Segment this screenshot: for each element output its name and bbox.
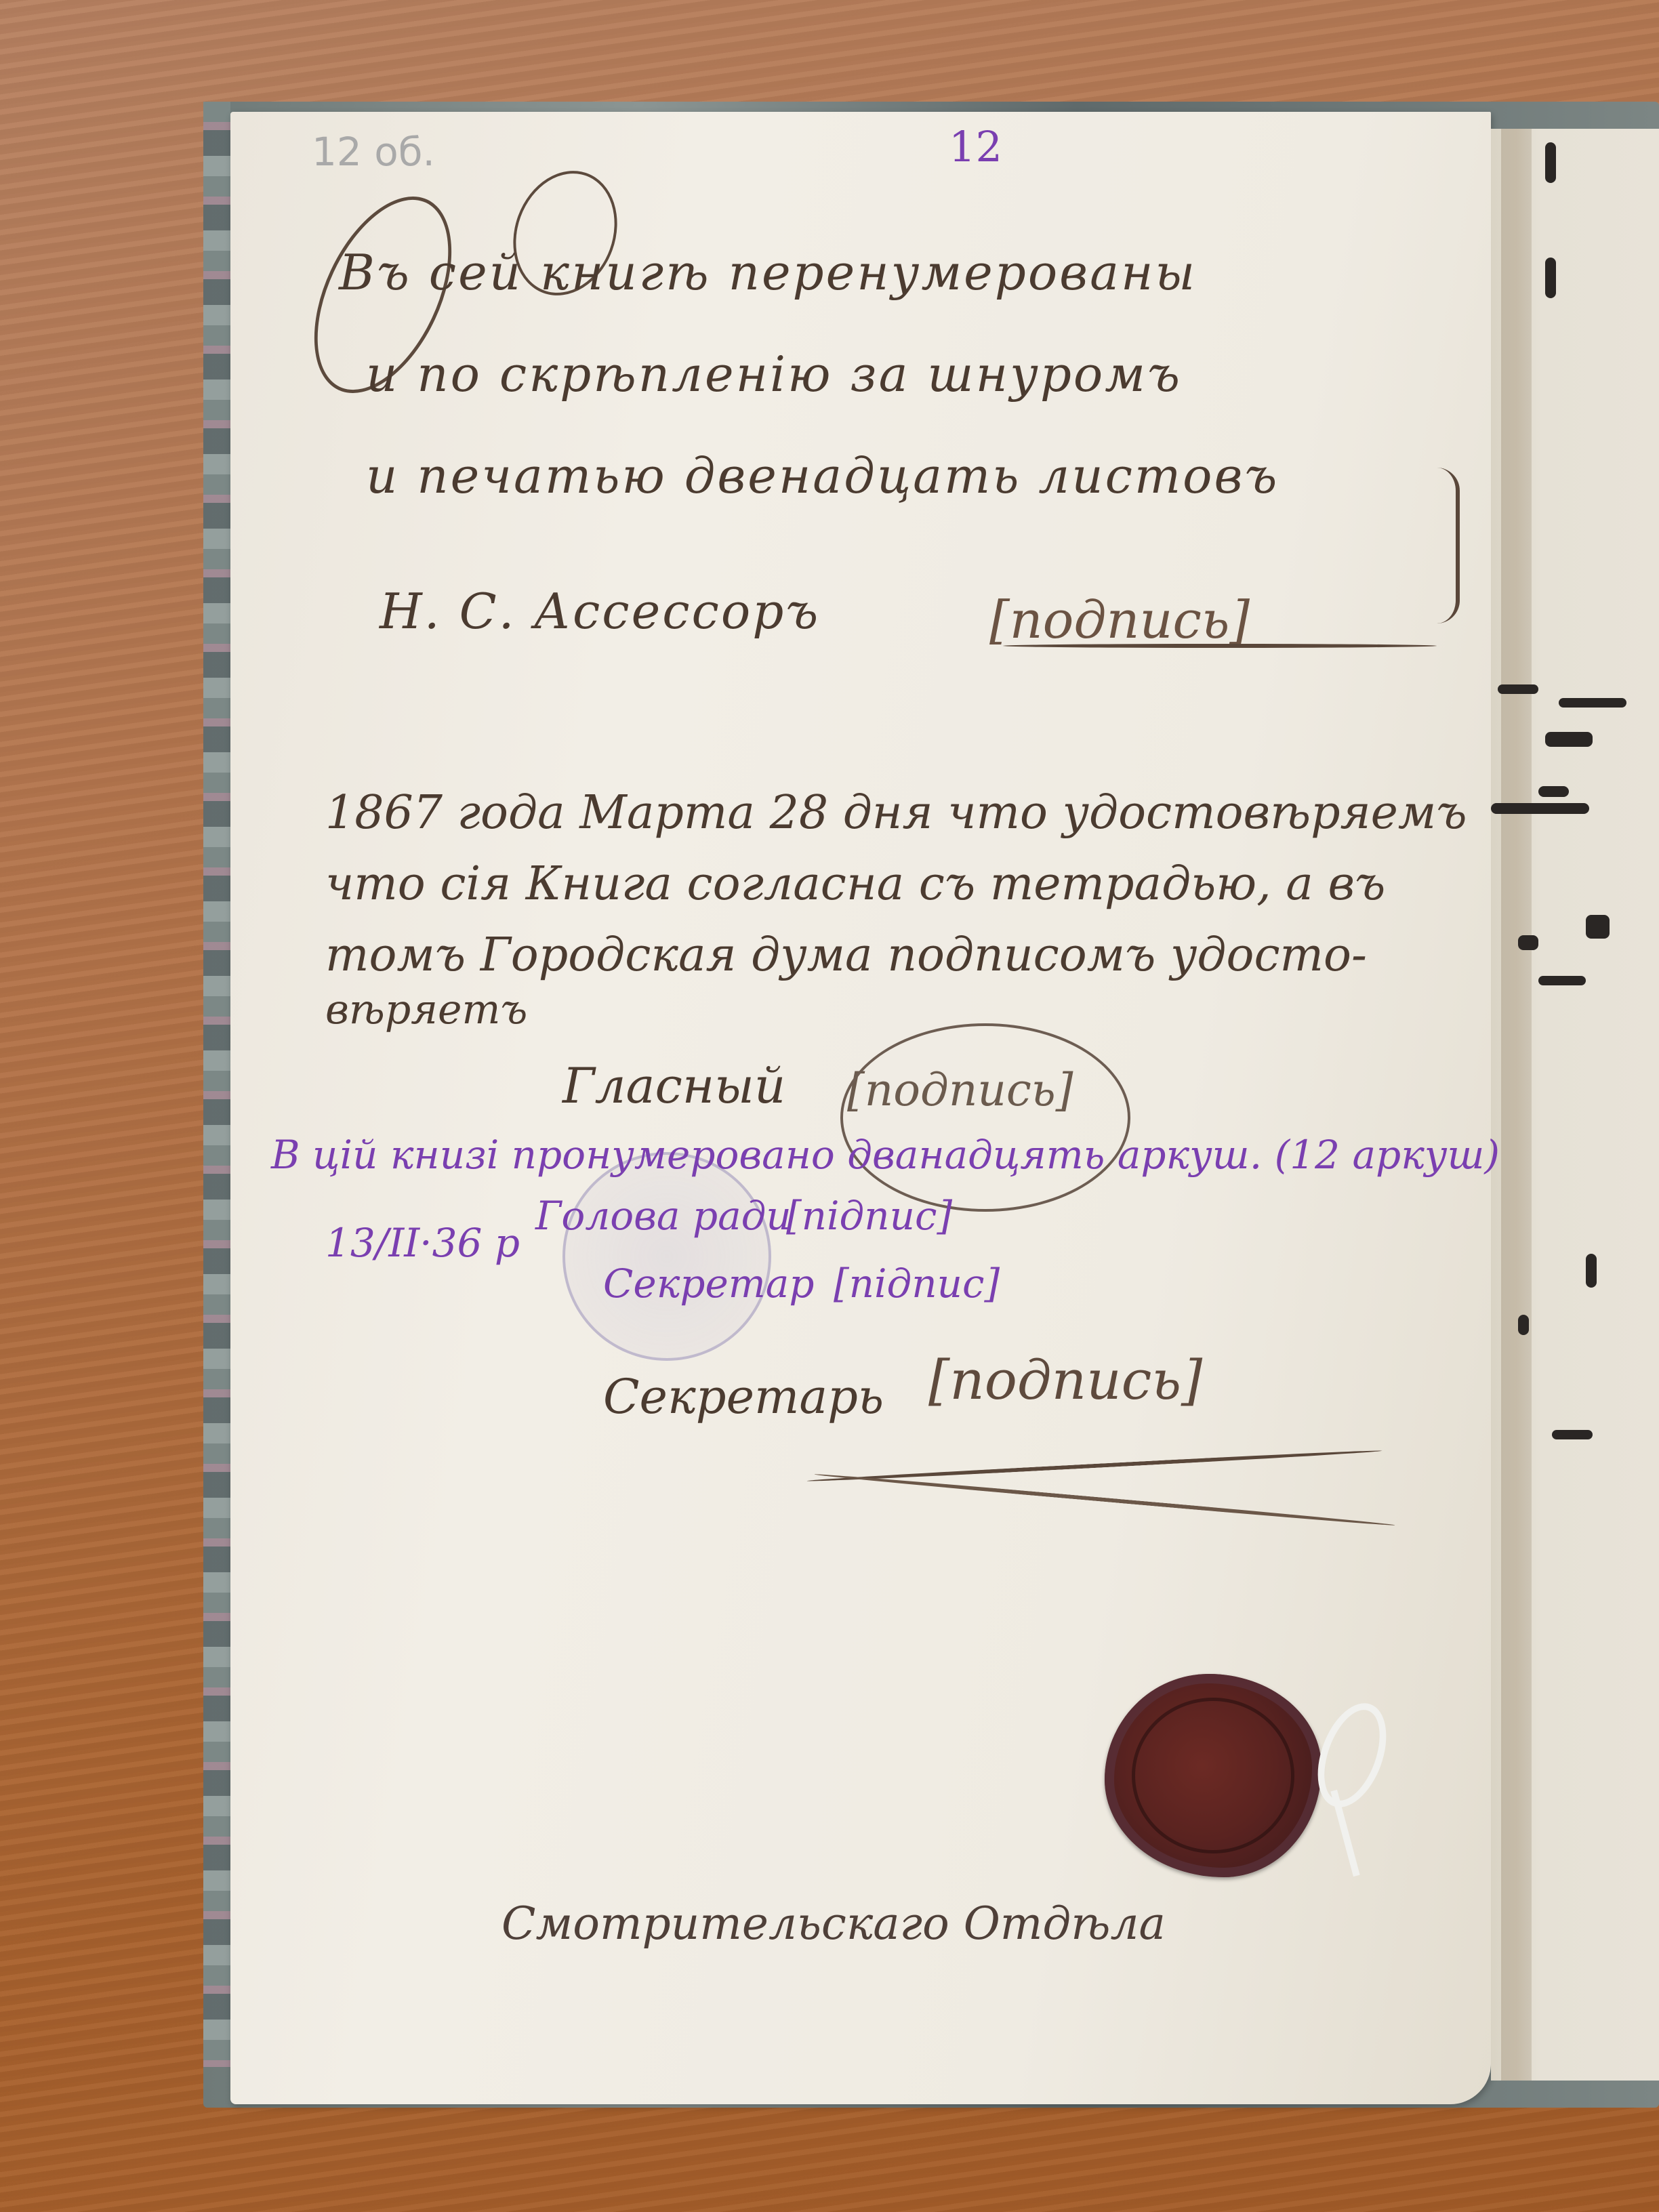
binding-stitch	[1545, 258, 1556, 298]
binding-stitch	[1491, 803, 1589, 814]
councillor-signature-loop	[840, 1023, 1130, 1212]
marbled-cover-edge	[203, 102, 230, 2067]
certification-line-2: и по скрѣпленію за шнуромъ	[366, 346, 1182, 403]
annotation-secretary-signature: [підпис]	[834, 1261, 1000, 1307]
assessor-label: Н. С. Ассессоръ	[380, 583, 820, 640]
binding-stitch	[1545, 142, 1556, 183]
annotation-head-signature: [підпис]	[786, 1193, 952, 1239]
binding-stitch	[1498, 684, 1538, 694]
footer-signatory-text: Смотрительскаго Отдѣла	[501, 1898, 1166, 1950]
binding-stitch	[1545, 732, 1593, 747]
assessor-signature-underline	[1003, 644, 1437, 648]
binding-stitch	[1559, 698, 1626, 708]
faded-ink-stamp	[562, 1152, 771, 1361]
binding-stitch	[1518, 1315, 1529, 1335]
wax-seal-impression	[1132, 1698, 1294, 1853]
councillor-label: Гласный	[562, 1057, 785, 1114]
binding-stitch	[1538, 976, 1586, 985]
council-statement-line-2: что сія Книга согласна съ тетрадью, а въ	[325, 857, 1385, 911]
assessor-signature: [подпись]	[989, 590, 1250, 650]
bracket-mark	[1437, 468, 1460, 623]
binding-stitch	[1552, 1430, 1593, 1439]
council-statement-line-4: вѣряетъ	[325, 986, 527, 1033]
binding-stitch	[1586, 915, 1610, 939]
annotation-head-label: Голова ради	[535, 1193, 792, 1239]
binding-stitch	[1538, 786, 1569, 797]
secretary-signature: [подпись]	[928, 1349, 1202, 1412]
binding-stitch	[1518, 935, 1538, 950]
certification-line-1: Въ сей книгѣ перенумерованы	[339, 244, 1197, 301]
annotation-date: 13/ІІ·36 р	[325, 1220, 520, 1266]
binding-stitch	[1586, 1254, 1597, 1288]
certification-line-3: и печатью двенадцать листовъ	[366, 447, 1279, 504]
annotation-1936-text: В цій книзі пронумеровано дванадцять арк…	[271, 1132, 1500, 1178]
council-statement-line-3: томъ Городская дума подписомъ удосто-	[325, 928, 1367, 982]
binding-gutter	[1501, 129, 1532, 2081]
council-statement-line-1: 1867 года Марта 28 дня что удостовѣряемъ	[325, 786, 1467, 840]
violet-page-number: 12	[949, 122, 1002, 171]
secretary-label: Секретарь	[603, 1369, 884, 1425]
annotation-secretary-label: Секретар	[603, 1261, 815, 1307]
pencil-page-number: 12 об.	[312, 129, 435, 175]
